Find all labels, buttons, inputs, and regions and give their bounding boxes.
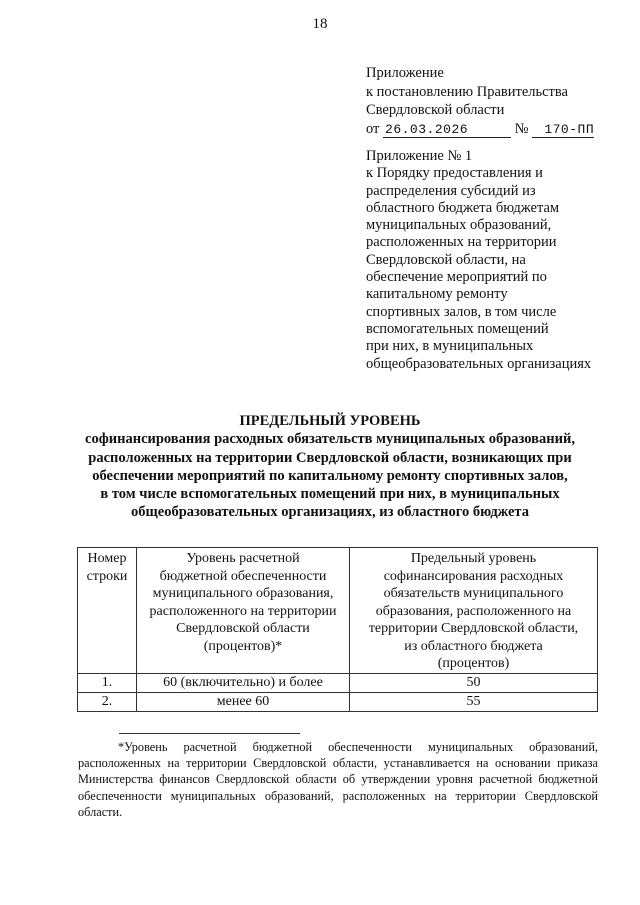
annex1-line: при них, в муниципальных	[366, 338, 591, 355]
document-title: ПРЕДЕЛЬНЫЙ УРОВЕНЬ софинансирования расх…	[60, 412, 600, 522]
annex1-line: общеобразовательных организациях	[366, 356, 591, 373]
resolution-number: 170-ПП	[532, 122, 594, 138]
cofinancing-limit: 55	[350, 692, 598, 711]
annex-header: Приложение к постановлению Правительства…	[366, 64, 594, 138]
annex-line: Приложение	[366, 64, 594, 83]
header-row-number: Номер строки	[78, 548, 137, 674]
annex1-line: к Порядку предоставления и	[366, 165, 591, 182]
title-line: в том числе вспомогательных помещений пр…	[60, 485, 600, 503]
annex1-line: вспомогательных помещений	[366, 321, 591, 338]
table-header-row: Номер строки Уровень расчетной бюджетной…	[78, 548, 598, 674]
header-cofinancing-limit: Предельный уровень софинансирования расх…	[350, 548, 598, 674]
annex1-line: Свердловской области, на	[366, 252, 591, 269]
title-line: ПРЕДЕЛЬНЫЙ УРОВЕНЬ	[60, 412, 600, 430]
annex1-line: муниципальных образований,	[366, 217, 591, 234]
resolution-date: 26.03.2026	[383, 122, 511, 138]
number-prefix: №	[515, 121, 529, 137]
annex1-line: областного бюджета бюджетам	[366, 200, 591, 217]
footnote: *Уровень расчетной бюджетной обеспеченно…	[78, 739, 598, 820]
annex-line: Свердловской области	[366, 101, 594, 120]
table-row: 2. менее 60 55	[78, 692, 598, 711]
annex1-line: капитальному ремонту	[366, 286, 591, 303]
page-number: 18	[0, 16, 640, 33]
table-row: 1. 60 (включительно) и более 50	[78, 673, 598, 692]
annex1-line: спортивных залов, в том числе	[366, 304, 591, 321]
cofinancing-limit: 50	[350, 673, 598, 692]
annex1-header: Приложение № 1 к Порядку предоставления …	[366, 148, 591, 373]
registration-line: от 26.03.2026 № 170-ПП	[366, 120, 594, 139]
footnote-divider	[119, 733, 300, 734]
row-number: 1.	[78, 673, 137, 692]
title-line: общеобразовательных организациях, из обл…	[60, 503, 600, 521]
annex1-line: расположенных на территории	[366, 234, 591, 251]
annex1-line: Приложение № 1	[366, 148, 591, 165]
header-budget-level: Уровень расчетной бюджетной обеспеченнос…	[137, 548, 350, 674]
budget-level: 60 (включительно) и более	[137, 673, 350, 692]
row-number: 2.	[78, 692, 137, 711]
annex1-line: распределения субсидий из	[366, 183, 591, 200]
title-line: софинансирования расходных обязательств …	[60, 430, 600, 448]
annex1-line: обеспечение мероприятий по	[366, 269, 591, 286]
date-prefix: от	[366, 121, 379, 137]
annex-line: к постановлению Правительства	[366, 83, 594, 102]
title-line: обеспечении мероприятий по капитальному …	[60, 467, 600, 485]
title-line: расположенных на территории Свердловской…	[60, 449, 600, 467]
budget-level: менее 60	[137, 692, 350, 711]
cofinancing-table: Номер строки Уровень расчетной бюджетной…	[77, 547, 598, 712]
